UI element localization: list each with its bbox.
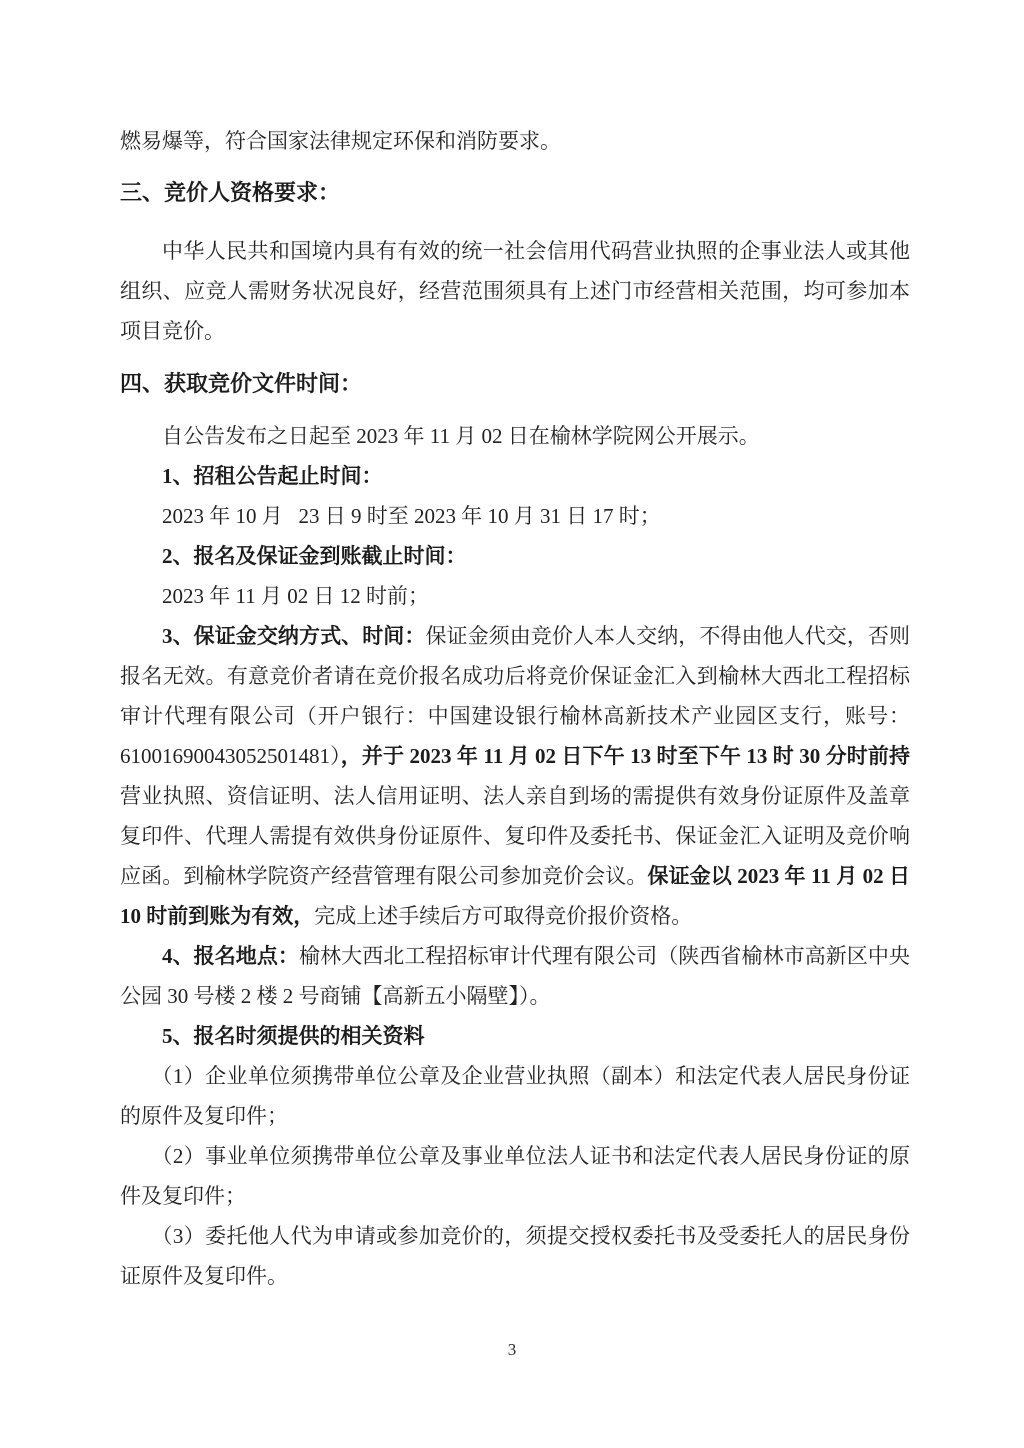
section-4-intro: 自公告发布之日起至 2023 年 11 月 02 日在榆林学院网公开展示。 [120, 416, 910, 456]
page-number: 3 [0, 1338, 1024, 1362]
section-3-heading: 三、竞价人资格要求： [120, 173, 910, 213]
item-2-heading: 2、报名及保证金到账截止时间： [120, 536, 910, 576]
item-5-subitem-1: （1）企业单位须携带单位公章及企业营业执照（副本）和法定代表人居民身份证的原件及… [120, 1056, 910, 1136]
document-content: 燃易爆等，符合国家法律规定环保和消防要求。 三、竞价人资格要求： 中华人民共和国… [0, 0, 1024, 1296]
item-1-heading: 1、招租公告起止时间： [120, 456, 910, 496]
item-3-bold-deadline-run: ，并于 2023 年 11 月 02 日下午 13 时至下午 13 时 30 分… [341, 744, 910, 768]
item-5-heading: 5、报名时须提供的相关资料 [120, 1016, 910, 1056]
item-4-heading-run: 4、报名地点： [162, 944, 299, 968]
section-3-body: 中华人民共和国境内具有有效的统一社会信用代码营业执照的企事业法人或其他组织、应竞… [120, 231, 910, 351]
item-3-body-run-3: 完成上述手续后方可取得竞价报价资格。 [314, 904, 692, 928]
item-3-heading-run: 3、保证金交纳方式、时间： [162, 624, 425, 648]
item-5-subitem-2: （2）事业单位须携带单位公章及事业单位法人证书和法定代表人居民身份证的原件及复印… [120, 1136, 910, 1216]
item-5-subitem-3: （3）委托他人代为申请或参加竞价的，须提交授权委托书及受委托人的居民身份证原件及… [120, 1216, 910, 1296]
intro-continuation-line: 燃易爆等，符合国家法律规定环保和消防要求。 [120, 121, 910, 161]
item-1-body: 2023 年 10 月 23 日 9 时至 2023 年 10 月 31 日 1… [120, 496, 910, 536]
item-2-body: 2023 年 11 月 02 日 12 时前； [120, 576, 910, 616]
item-3-deposit-paragraph: 3、保证金交纳方式、时间：保证金须由竞价人本人交纳，不得由他人代交，否则报名无效… [120, 616, 910, 936]
document-page: 燃易爆等，符合国家法律规定环保和消防要求。 三、竞价人资格要求： 中华人民共和国… [0, 0, 1024, 1448]
item-4-location-paragraph: 4、报名地点：榆林大西北工程招标审计代理有限公司（陕西省榆林市高新区中央公园 3… [120, 936, 910, 1016]
section-4-heading: 四、获取竞价文件时间： [120, 364, 910, 404]
